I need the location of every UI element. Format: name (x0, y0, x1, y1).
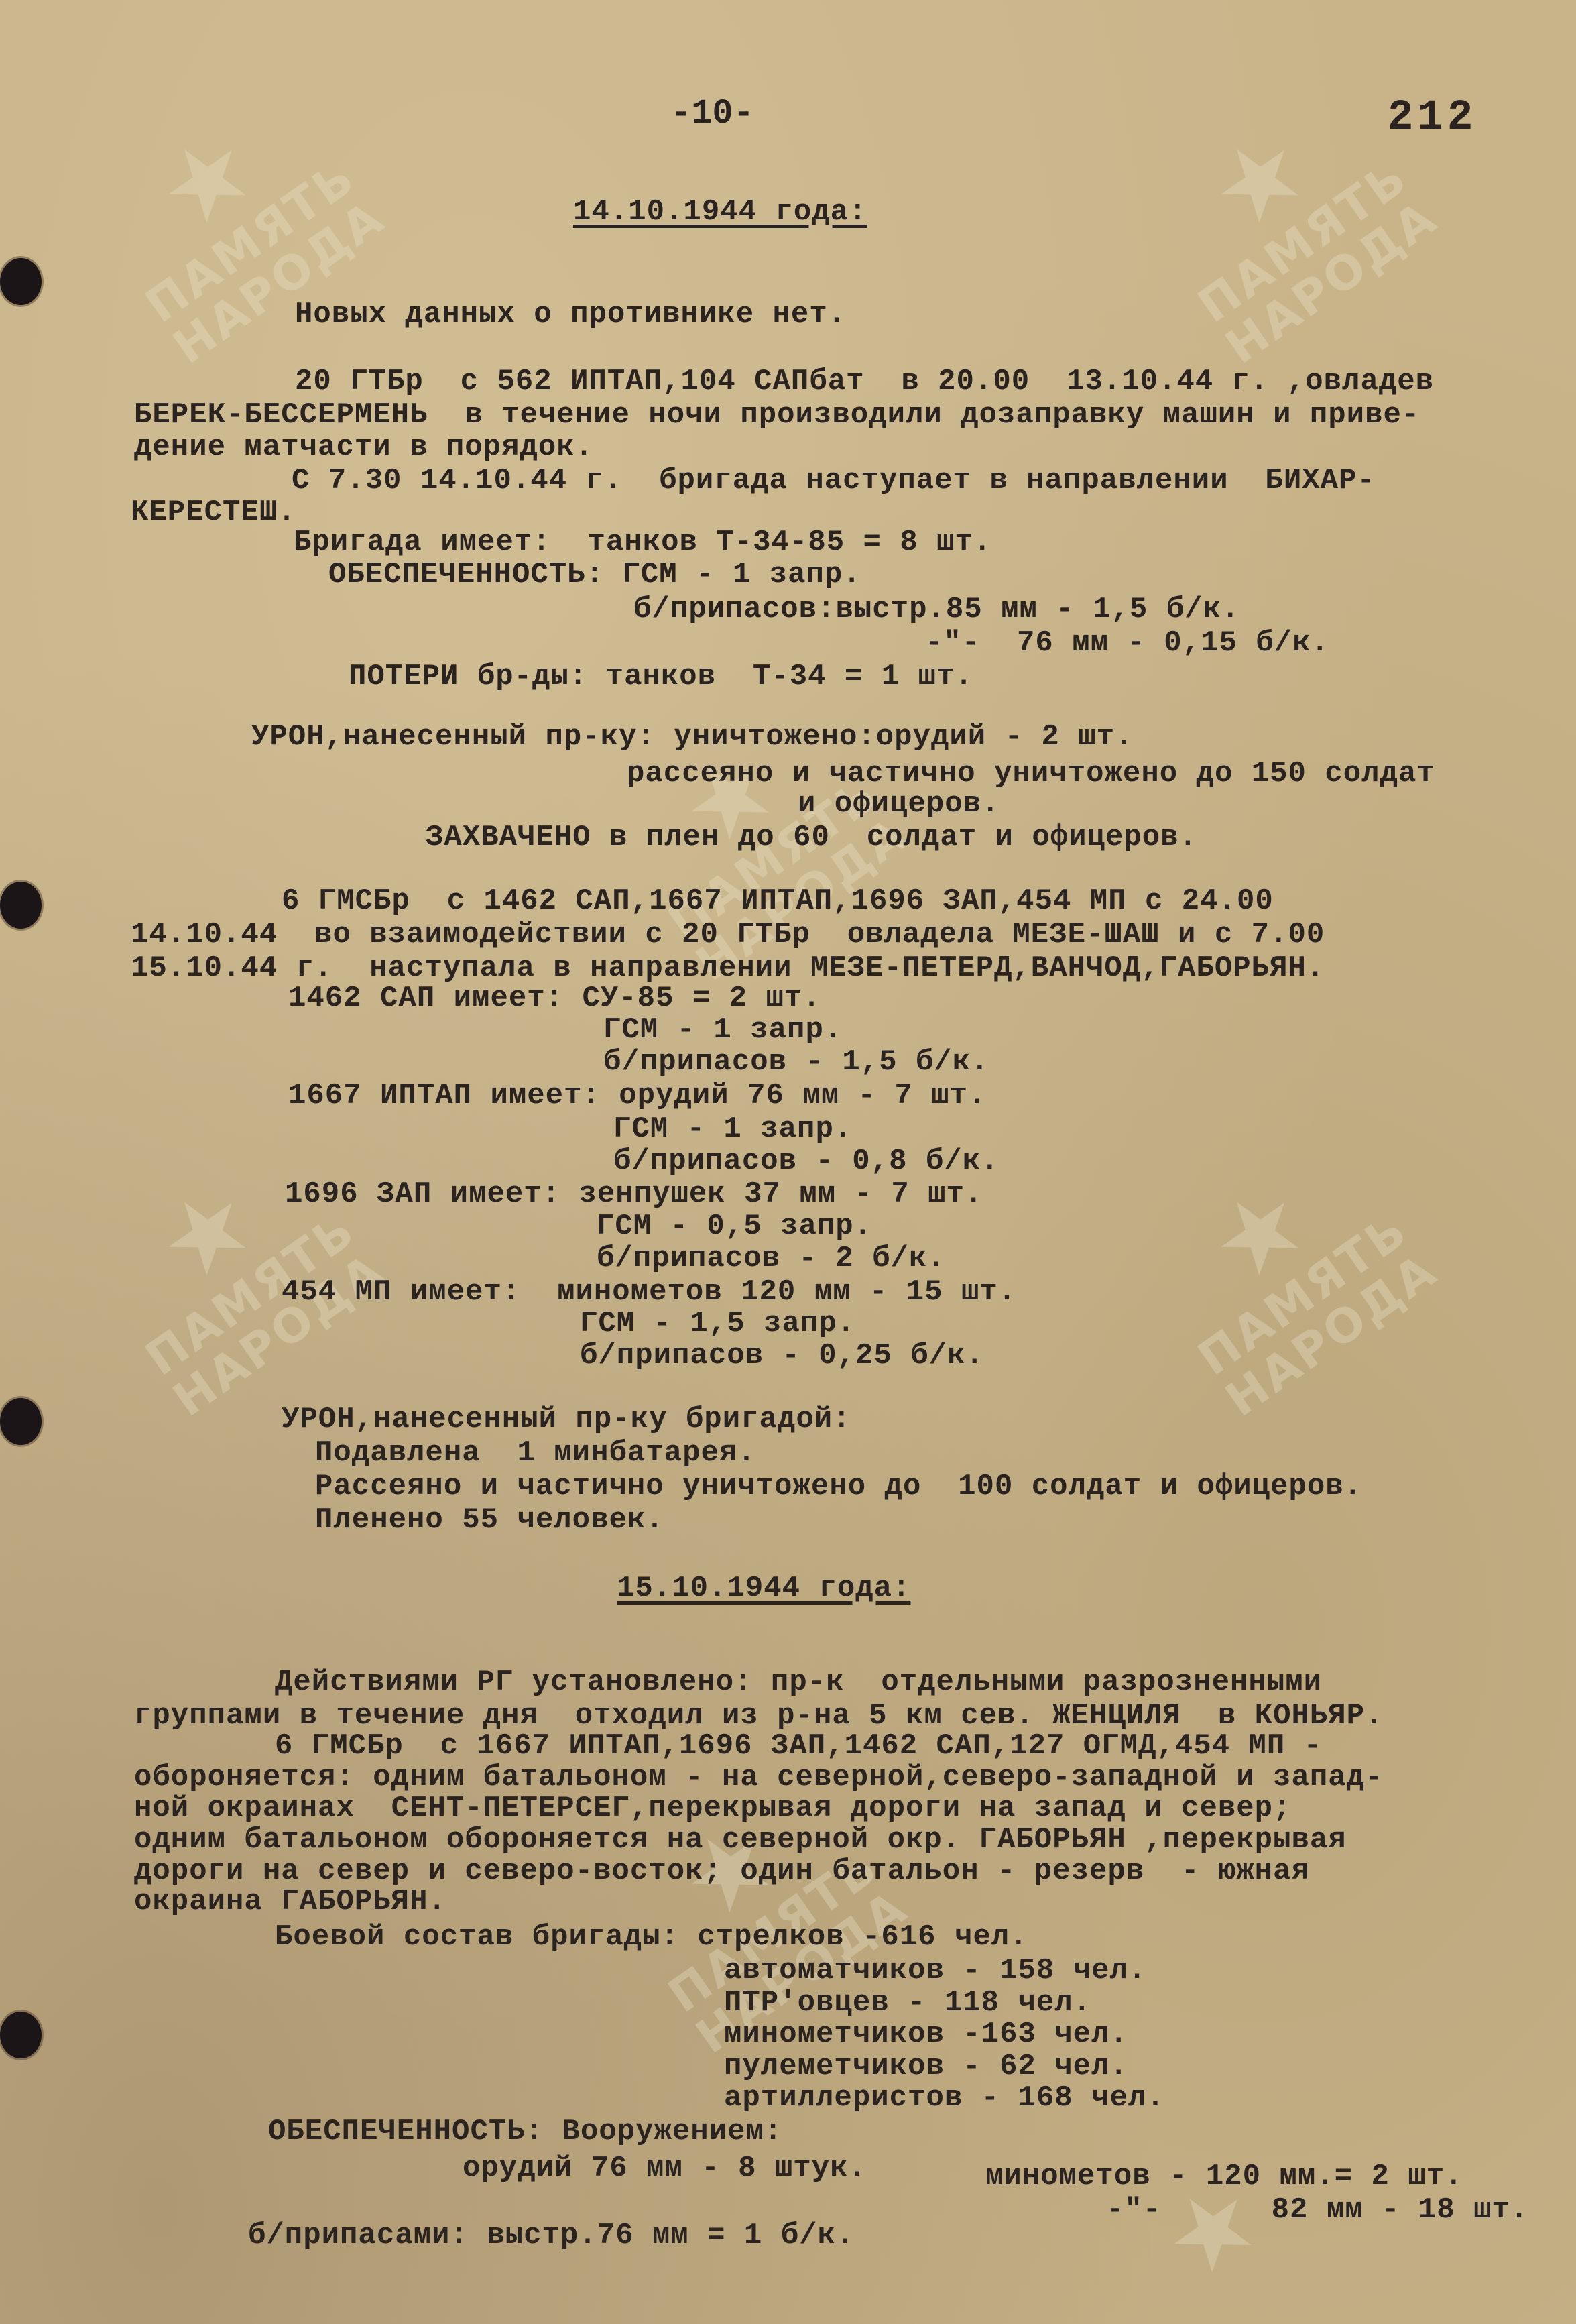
text-line: Боевой состав бригады: стрелков -616 чел… (275, 1921, 1028, 1953)
text-line: ОБЕСПЕЧЕННОСТЬ: Вооружением: (268, 2115, 782, 2148)
text-line: минометов - 120 мм.= 2 шт. (985, 2160, 1463, 2193)
text-line: дение матчасти в порядок. (134, 431, 593, 463)
text-line: Бригада имеет: танков Т-34-85 = 8 шт. (294, 526, 991, 559)
text-line: орудий 76 мм - 8 штук. (463, 2152, 867, 2185)
text-line: Новых данных о противнике нет. (295, 298, 846, 331)
text-line: 454 МП имеет: минометов 120 мм - 15 шт. (282, 1276, 1016, 1308)
text-line: б/припасов - 2 б/к. (597, 1242, 946, 1275)
text-line: автоматчиков - 158 чел. (724, 1955, 1146, 1987)
watermark: ★ ПАМЯТЬНАРОДА (1131, 1122, 1445, 1426)
text-line: ГСМ - 1,5 запр. (580, 1308, 855, 1340)
text-line: 6 ГМСБр с 1462 САП,1667 ИПТАП,1696 ЗАП,4… (282, 885, 1274, 917)
text-line: артиллеристов - 168 чел. (724, 2082, 1165, 2114)
text-line: -"- 76 мм - 0,15 б/к. (925, 627, 1329, 659)
text-line: пулеметчиков - 62 чел. (724, 2050, 1128, 2083)
text-line: ЗАХВАЧЕНО в плен до 60 солдат и офицеров… (426, 821, 1197, 854)
text-line: ПОТЕРИ бр-ды: танков Т-34 = 1 шт. (349, 660, 973, 693)
text-line: б/припасов - 0,8 б/к. (613, 1145, 999, 1177)
star-icon: ★ (1131, 1122, 1388, 1344)
text-line: 15.10.44 г. наступала в направлении МЕЗЕ… (131, 952, 1325, 984)
folio-number: 212 (1388, 94, 1477, 142)
text-line: С 7.30 14.10.44 г. бригада наступает в н… (292, 465, 1376, 497)
text-line: б/припасов - 1,5 б/к. (603, 1046, 989, 1078)
punch-hole (0, 258, 42, 305)
text-line: Действиями РГ установлено: пр-к отдельны… (275, 1666, 1322, 1698)
text-line: 1462 САП имеет: СУ-85 = 2 шт. (288, 982, 821, 1014)
text-line: -"- 82 мм - 18 шт. (1106, 2194, 1528, 2226)
text-line: рассеяно и частично уничтожено до 150 со… (627, 758, 1435, 790)
text-line: 1667 ИПТАП имеет: орудий 76 мм - 7 шт. (288, 1080, 986, 1112)
punch-hole (0, 2012, 42, 2058)
text-line: окраина ГАБОРЬЯН. (134, 1885, 446, 1918)
text-line: б/припасов:выстр.85 мм - 1,5 б/к. (633, 593, 1239, 626)
text-line: УРОН,нанесенный пр-ку бригадой: (282, 1403, 851, 1436)
punch-hole (0, 1398, 42, 1445)
text-line: дороги на север и северо-восток; один ба… (134, 1855, 1310, 1887)
text-line: обороняется: одним батальоном - на север… (134, 1761, 1384, 1794)
text-line: ГСМ - 0,5 запр. (597, 1210, 872, 1242)
star-icon: ★ (1131, 69, 1388, 292)
text-line: Рассеяно и частично уничтожено до 100 со… (315, 1470, 1362, 1503)
text-line: одним батальоном обороняется на северной… (134, 1824, 1347, 1856)
text-line: ОБЕСПЕЧЕННОСТЬ: ГСМ - 1 запр. (328, 559, 861, 591)
text-line: Подавлена 1 минбатарея. (315, 1437, 756, 1469)
section-heading-14-10-1944: 14.10.1944 года: (573, 196, 867, 228)
text-line: б/припасами: выстр.76 мм = 1 б/к. (248, 2219, 854, 2252)
text-line: КЕРЕСТЕШ. (131, 496, 296, 528)
star-icon: ★ (78, 69, 336, 292)
text-line: ПТР'овцев - 118 чел. (724, 1987, 1091, 2019)
star-icon: ★ (78, 1122, 336, 1344)
text-line: ной окраинах СЕНТ-ПЕТЕРСЕГ,перекрывая до… (134, 1792, 1291, 1824)
text-line: 6 ГМСБр с 1667 ИПТАП,1696 ЗАП,1462 САП,1… (275, 1730, 1322, 1762)
text-line: ГСМ - 1 запр. (603, 1014, 842, 1046)
page-number: -10- (670, 94, 754, 133)
text-line: УРОН,нанесенный пр-ку: уничтожено:орудий… (251, 721, 1133, 753)
punch-hole (0, 882, 42, 929)
text-line: группами в течение дня отходил из р-на 5… (134, 1700, 1384, 1732)
text-line: 1696 ЗАП имеет: зенпушек 37 мм - 7 шт. (285, 1178, 983, 1210)
text-line: б/припасов - 0,25 б/к. (580, 1340, 984, 1372)
text-line: и офицеров. (798, 788, 999, 820)
text-line: минометчиков -163 чел. (724, 2018, 1128, 2050)
text-line: БЕРЕК-БЕССЕРМЕНЬ в течение ночи производ… (134, 399, 1420, 431)
text-line: ГСМ - 1 запр. (613, 1113, 852, 1145)
text-line: Пленено 55 человек. (315, 1504, 664, 1536)
section-heading-15-10-1944: 15.10.1944 года: (617, 1572, 910, 1605)
text-line: 14.10.44 во взаимодействии с 20 ГТБр овл… (131, 919, 1325, 951)
watermark: ★ ПАМЯТЬНАРОДА (78, 1122, 393, 1426)
text-line: 20 ГТБр с 562 ИПТАП,104 САПбат в 20.00 1… (295, 365, 1434, 398)
